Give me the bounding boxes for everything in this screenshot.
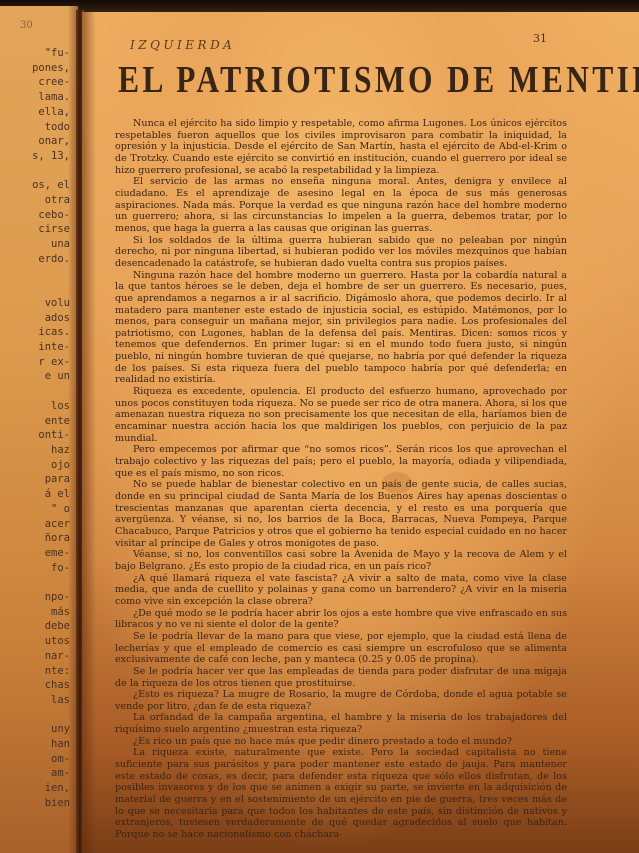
paragraph: Si los soldados de la última guerra hubi…	[115, 235, 567, 270]
paragraph: El servicio de las armas no enseña ningu…	[115, 176, 567, 234]
paragraph: Se le podría hacer ver que las empleadas…	[115, 666, 567, 689]
page-number: 31	[533, 32, 547, 45]
paragraph: Véanse, si no, los conventillos casi sob…	[115, 549, 567, 572]
paragraph: No se puede hablar de bienestar colectiv…	[115, 479, 567, 549]
paragraph: ¿A qué llamará riqueza el vate fascista?…	[115, 573, 567, 608]
paragraph: La orfandad de la campaña argentina, el …	[115, 712, 567, 735]
paragraph: ¿Es rico un país que no hace más que ped…	[115, 736, 567, 748]
article-body: Nunca el ejército ha sido limpio y respe…	[115, 118, 567, 841]
paragraph: Pero empecemos por afirmar que “no somos…	[115, 444, 567, 479]
paragraph: Ninguna razón hace del hombre moderno un…	[115, 270, 567, 387]
left-page-number: 30	[20, 20, 33, 31]
paragraph: ¿De qué modo se le podría hacer abrir lo…	[115, 608, 567, 631]
left-page-text-fragments: "fu- pones, cree- lama. ella, todo onar,…	[32, 46, 70, 811]
paragraph: Nunca el ejército ha sido limpio y respe…	[115, 118, 567, 176]
article-title: EL PATRIOTISMO DE MENTIR	[118, 58, 508, 102]
left-page: 30 "fu- pones, cree- lama. ella, todo on…	[0, 6, 78, 853]
paragraph: La riqueza existe, naturalmente que exis…	[115, 747, 567, 840]
section-label: IZQUIERDA	[130, 38, 235, 52]
paragraph: ¿Esto es riqueza? La mugre de Rosario, l…	[115, 689, 567, 712]
right-page: IZQUIERDA 31 EL PATRIOTISMO DE MENTIR Nu…	[82, 12, 639, 853]
paragraph: Riqueza es excedente, opulencia. El prod…	[115, 386, 567, 444]
paragraph: Se le podría llevar de la mano para que …	[115, 631, 567, 666]
